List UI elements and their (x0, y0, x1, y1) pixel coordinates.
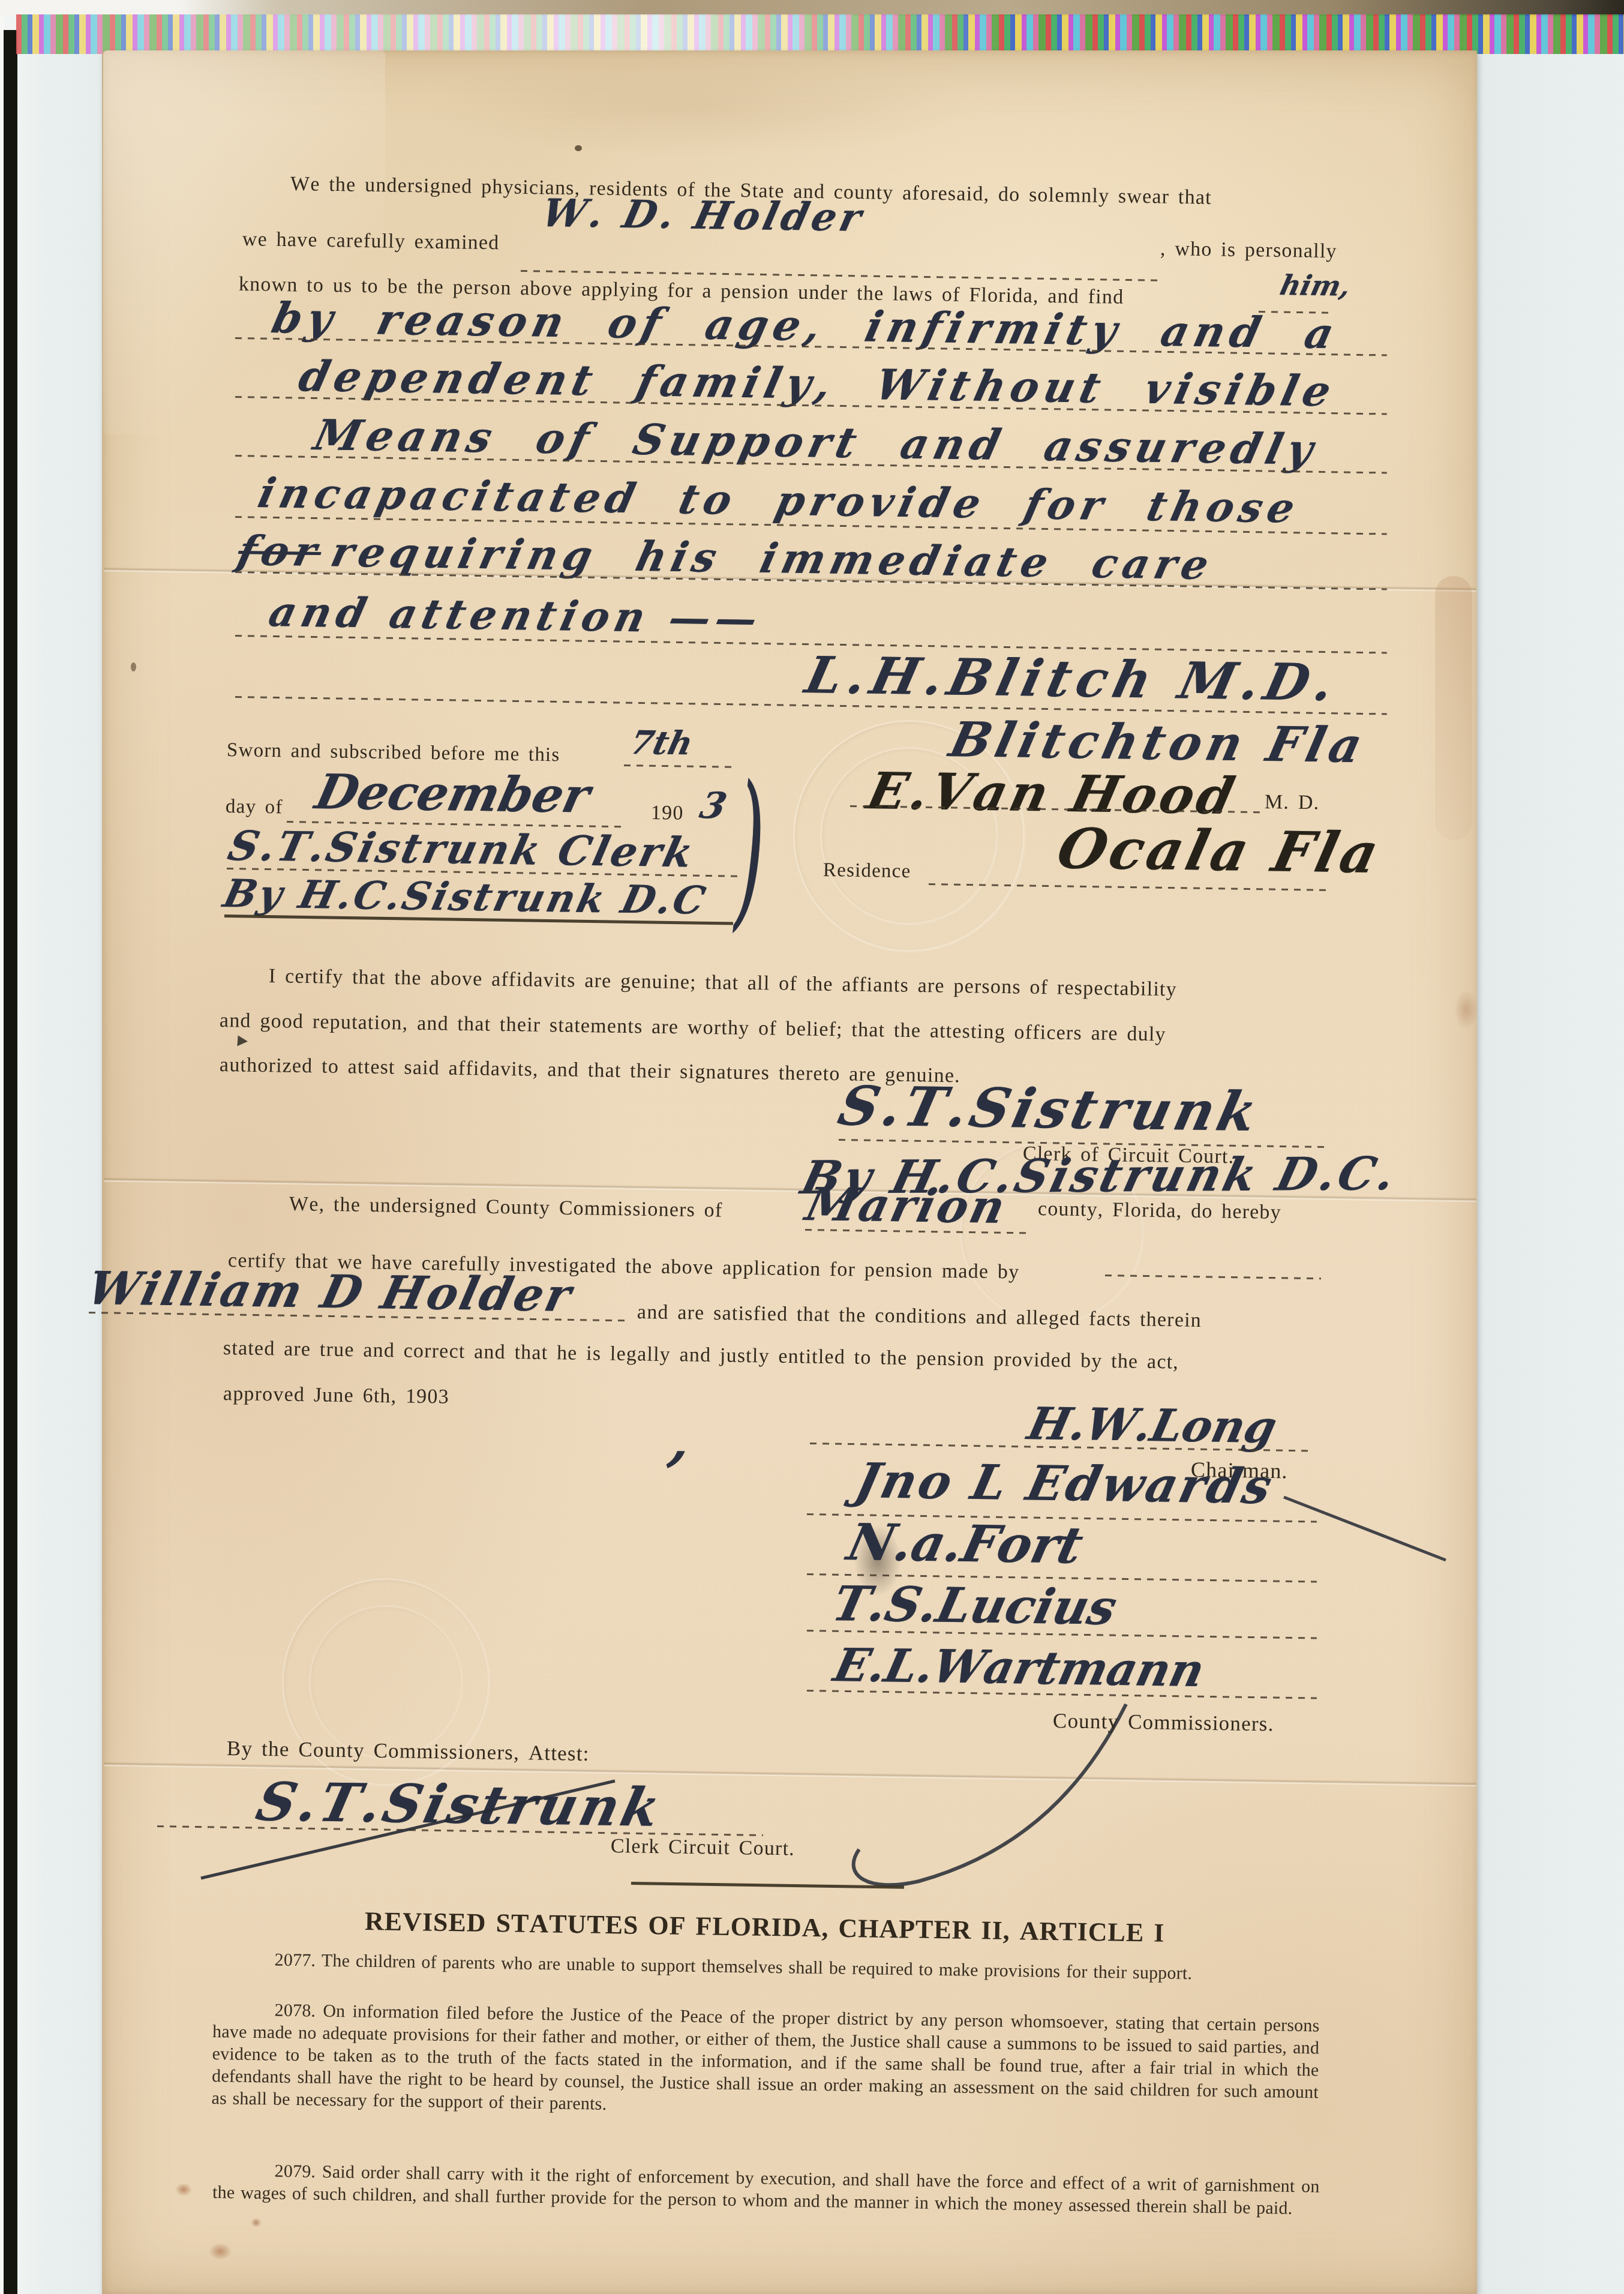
embossed-seal-ring-inner (309, 1605, 463, 1759)
county-name-handwritten: Marion (801, 1177, 1012, 1234)
marginal-ink-mark (237, 1035, 248, 1046)
oath-line-2-label: we have carefully examined (242, 228, 500, 254)
form-brace: ) (734, 749, 766, 947)
document-scan: We the undersigned physicians, residents… (0, 0, 1624, 2294)
ink-speck (131, 662, 136, 671)
clerk-signature-large: S.T.Sistrunk (833, 1074, 1266, 1144)
scanner-color-fringe-strip (16, 14, 1624, 54)
commissioners-intro-b: county, Florida, do hereby (1038, 1198, 1281, 1224)
day-of-label: day of (226, 796, 283, 818)
signature-flourish-stroke (1278, 1488, 1452, 1566)
commissioner-signature: Jno L Edwards (850, 1452, 1279, 1515)
residence-value-handwritten: Ocala Fla (1052, 816, 1388, 886)
edge-stain (1435, 576, 1472, 840)
county-commissioners-label: County Commissioners. (1053, 1709, 1274, 1736)
chairman-signature: H.W.Long (1023, 1398, 1281, 1453)
commissioner-signature: E.L.Wartmann (829, 1638, 1209, 1697)
edge-stain (1454, 990, 1478, 1030)
commissioner-signature: N.a.Fort (842, 1512, 1089, 1575)
statute-2078: 2078. On information filed before the Ju… (211, 1998, 1320, 2125)
month-handwritten: December (310, 763, 595, 823)
struck-word: for (233, 527, 327, 576)
scan-top-debris-edge (0, 0, 1624, 16)
find-word-handwritten: him, (1277, 269, 1354, 302)
oath-handwritten-line: and attention —— (265, 588, 767, 643)
md-printed-label: M. D. (1265, 791, 1320, 814)
rust-stain (175, 2183, 192, 2196)
commissioners-line-5: approved June 6th, 1903 (223, 1383, 449, 1409)
examined-name-handwritten: W. D. Holder (538, 191, 869, 241)
oath-line-2-tail: , who is personally (1160, 238, 1337, 263)
year-printed: 190 (651, 802, 684, 825)
top-shading (414, 55, 972, 157)
commissioner-signature: T.S.Lucius (827, 1575, 1122, 1636)
cross-out-stroke (192, 1769, 624, 1889)
rust-stain (251, 2218, 262, 2227)
residence-label: Residence (823, 859, 911, 883)
physician-signature-blitch: L.H.Blitch M.D. (800, 645, 1346, 712)
clerk-circuit-court-label: Clerk Circuit Court. (611, 1835, 795, 1861)
scan-edge-black-bar (4, 30, 17, 2294)
sworn-day-handwritten: 7th (627, 723, 697, 762)
physician-signature-vanhood: E.Van Hood (862, 761, 1244, 826)
rust-stain (209, 2243, 232, 2260)
